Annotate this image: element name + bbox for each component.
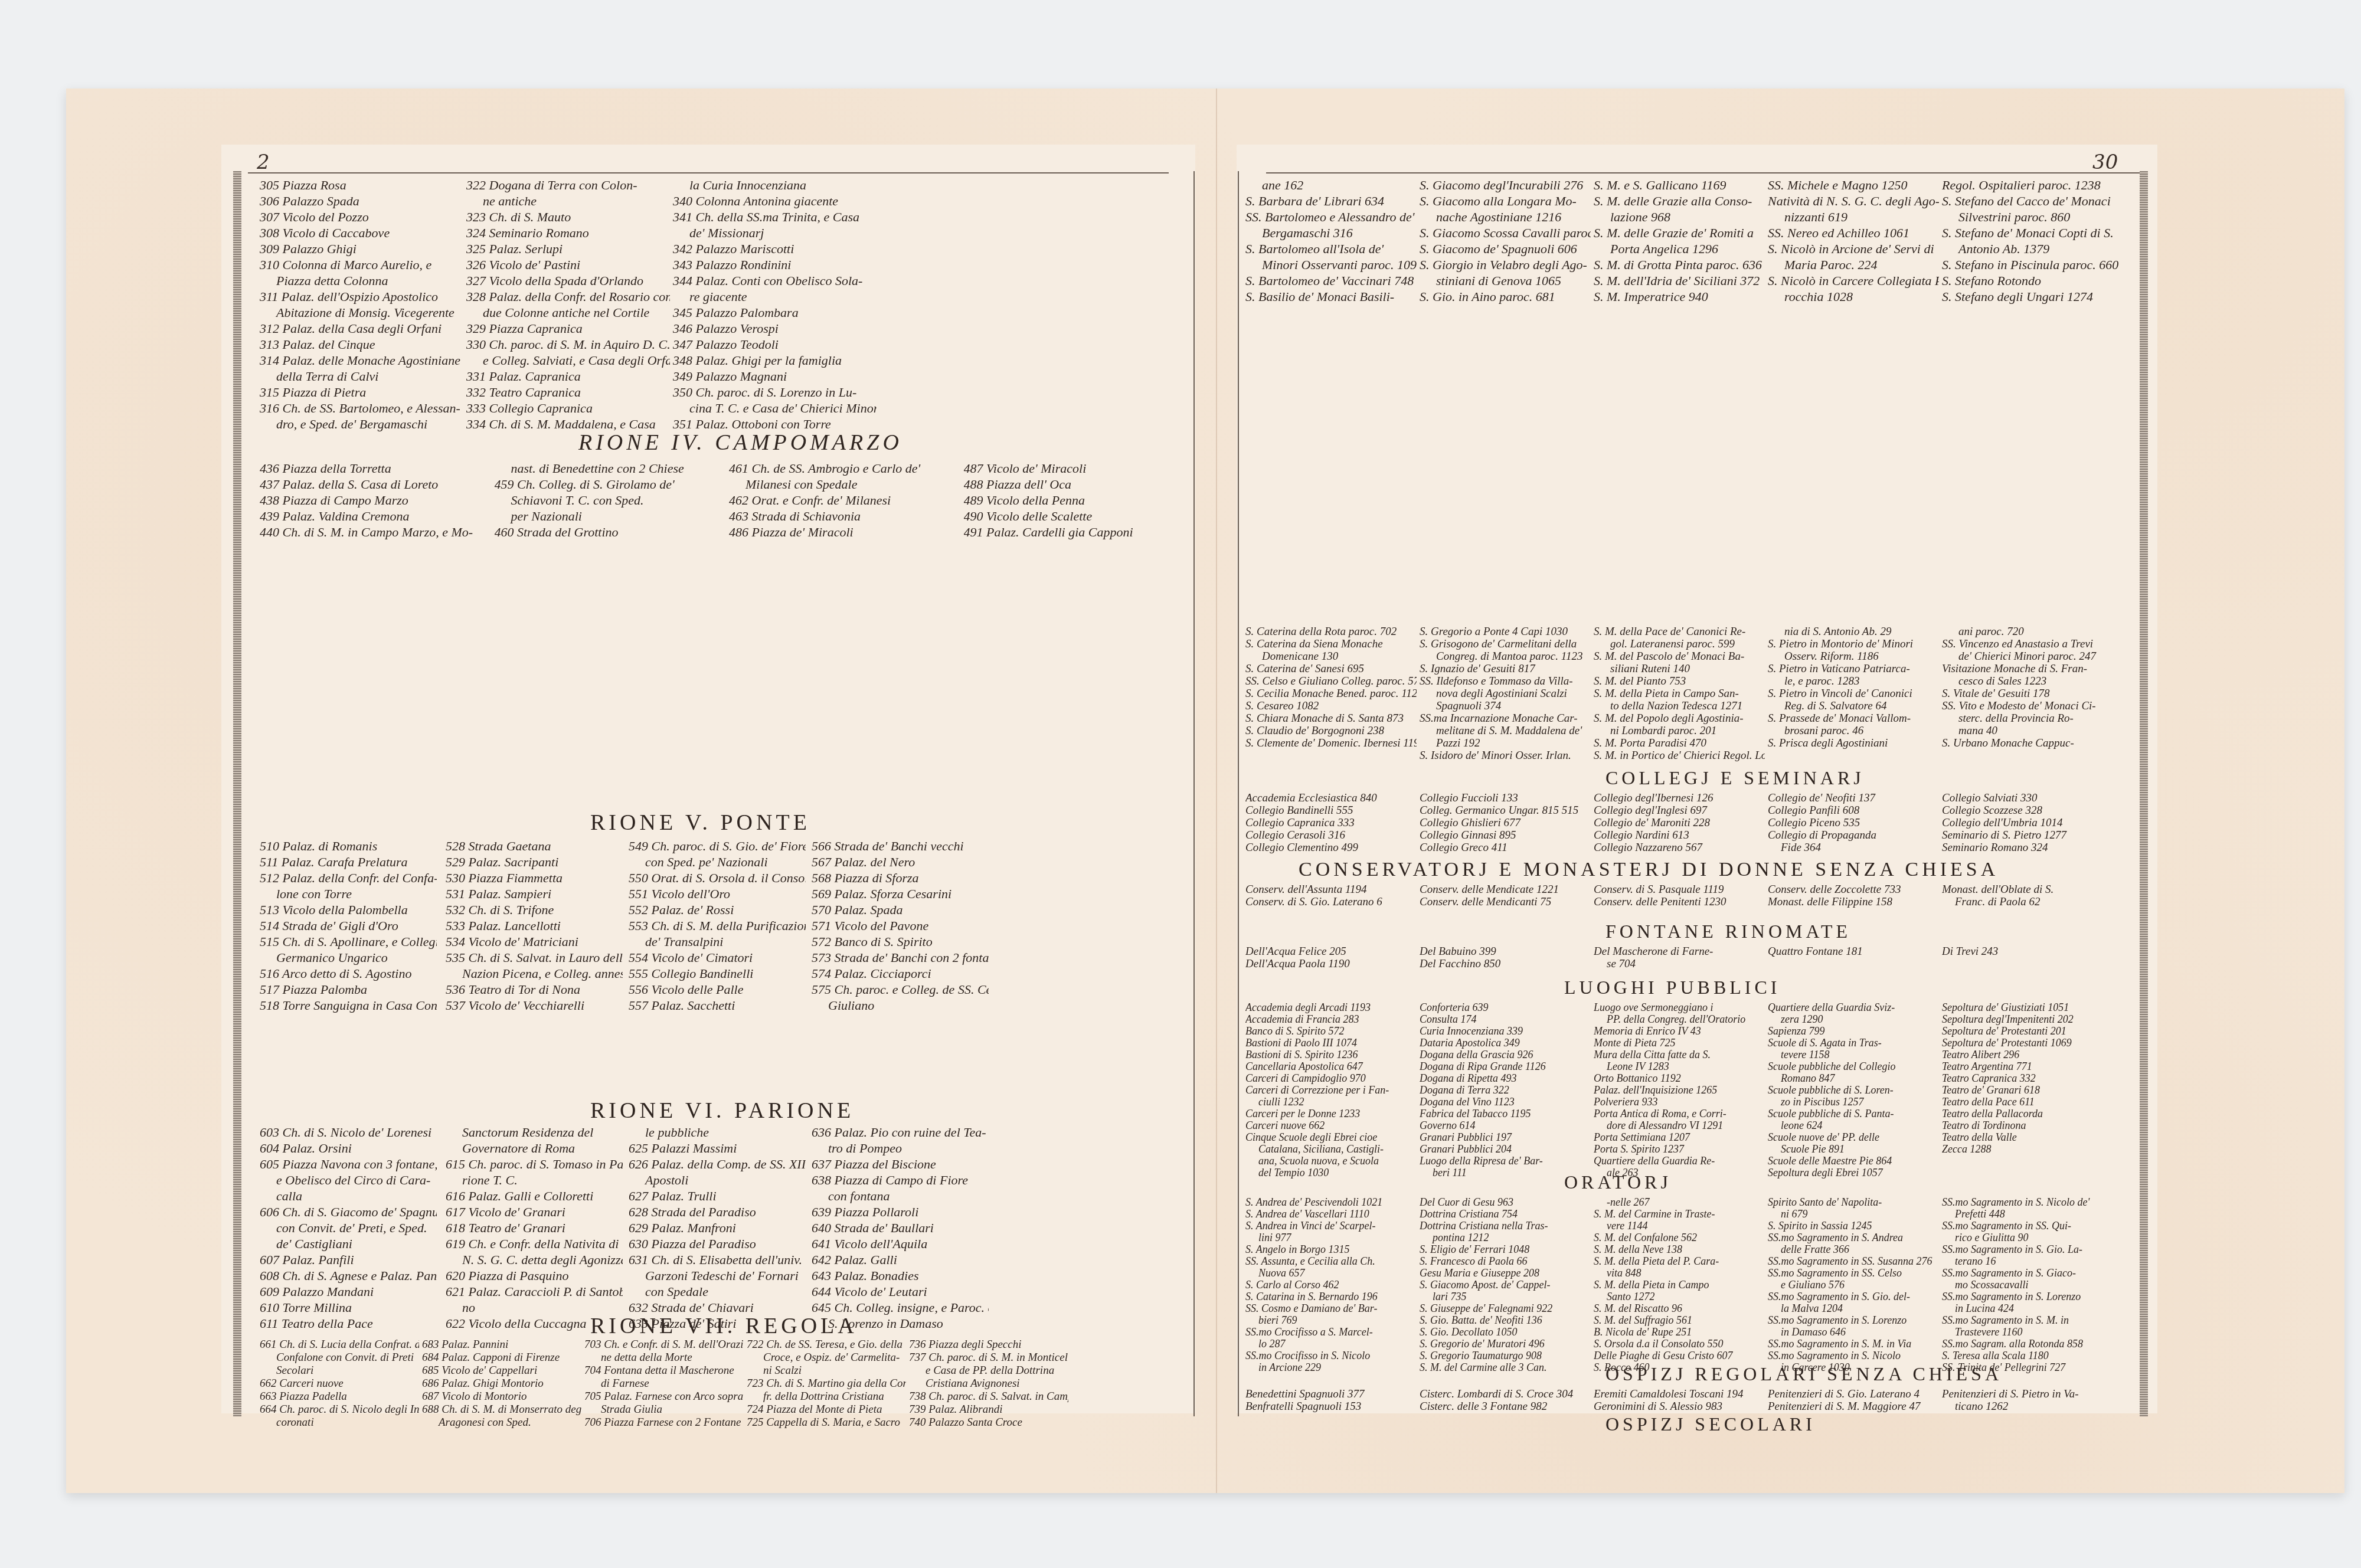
index-entry: Collegio di Propaganda <box>1768 829 1939 842</box>
index-entry: stiniani di Genova 1065 <box>1420 273 1591 289</box>
index-entry: 557 Palaz. Sacchetti <box>629 997 806 1013</box>
section-column: Accademia degli Arcadi 1193Accademia di … <box>1245 1001 1417 1179</box>
index-entry: S. Stefano Rotondo <box>1942 273 2119 289</box>
index-entry: 554 Vicolo de' Cimatori <box>629 950 806 965</box>
index-entry: calla <box>260 1188 437 1204</box>
index-entry: S. Basilio de' Monaci Basili- <box>1245 289 1417 305</box>
index-entry: 611 Teatro della Pace <box>260 1315 437 1331</box>
right-mid-column-5: ani paroc. 720SS. Vincenzo ed Anastasio … <box>1942 626 2119 749</box>
right-mid-column-4: nia di S. Antonio Ab. 29S. Pietro in Mon… <box>1768 626 1939 749</box>
index-entry: Trastevere 1160 <box>1942 1326 2113 1338</box>
index-entry: Garzoni Tedeschi de' Fornari <box>629 1268 806 1284</box>
index-entry: S. Gio. Batta. de' Neofiti 136 <box>1420 1314 1591 1326</box>
index-entry: 630 Piazza del Paradiso <box>629 1236 806 1252</box>
index-entry: terano 16 <box>1942 1255 2113 1267</box>
index-entry: Del Cuor di Gesu 963 <box>1420 1196 1591 1208</box>
index-entry: S. M. del Pascolo de' Monaci Ba- <box>1594 650 1765 663</box>
index-entry: S. Pietro in Montorio de' Minori <box>1768 638 1939 650</box>
right-top-column-1: ane 162S. Barbara de' Librari 634SS. Bar… <box>1245 177 1417 305</box>
index-entry: nova degli Agostiniani Scalzi <box>1420 688 1591 700</box>
index-entry: Sepoltura de' Giustiziati 1051 <box>1942 1001 2113 1013</box>
index-entry: 462 Orat. e Confr. de' Milanesi <box>729 492 946 508</box>
index-entry: Carceri di Campidoglio 970 <box>1245 1072 1417 1084</box>
index-entry: 491 Palaz. Cardelli gia Capponi <box>964 524 1181 540</box>
index-entry: Silvestrini paroc. 860 <box>1942 209 2119 225</box>
index-entry: S. Pietro in Vaticano Patriarca- <box>1768 663 1939 675</box>
index-entry: 535 Ch. di S. Salvat. in Lauro della <box>446 950 623 965</box>
section-column: Del Mascherone di Farne- se 704 <box>1594 945 1765 970</box>
index-entry: 551 Vicolo dell'Oro <box>629 886 806 902</box>
index-entry: 517 Piazza Palomba <box>260 981 437 997</box>
index-entry: 314 Palaz. delle Monache Agostiniane <box>260 352 460 368</box>
index-entry: le pubbliche <box>629 1124 806 1140</box>
index-entry: Nazion Picena, e Colleg. annesso <box>446 965 623 981</box>
left-page-number: 2 <box>257 150 270 174</box>
index-entry: lari 735 <box>1420 1291 1591 1302</box>
right-mid-column-1: S. Caterina della Rota paroc. 702S. Cate… <box>1245 626 1417 749</box>
index-entry: 662 Carceri nuove <box>260 1377 419 1390</box>
right-top-rule <box>1266 172 2140 174</box>
index-entry: Spagnuoli 374 <box>1420 700 1591 712</box>
index-entry: 685 Vicolo de' Cappellari <box>422 1364 581 1377</box>
index-entry: Penitenzieri di S. M. Maggiore 47 <box>1768 1400 1939 1413</box>
index-entry: Benfratelli Spagnuoli 153 <box>1245 1400 1417 1413</box>
index-entry: 703 Ch. e Confr. di S. M. dell'Orazio- <box>584 1338 744 1351</box>
index-entry: Quattro Fontane 181 <box>1768 945 1939 958</box>
index-entry: Sepoltura degl'Impenitenti 202 <box>1942 1013 2113 1025</box>
index-entry: S. Isidoro de' Minori Osser. Irlan. <box>1420 749 1591 762</box>
index-entry: Collegio Clementino 499 <box>1245 842 1417 854</box>
section-column: Cisterc. Lombardi di S. Croce 304Cisterc… <box>1420 1388 1591 1413</box>
index-entry: Seminario Romano 324 <box>1942 842 2113 854</box>
index-entry: 310 Colonna di Marco Aurelio, e <box>260 257 460 273</box>
index-entry: Dogana di Terra 322 <box>1420 1084 1591 1096</box>
index-entry: 531 Palaz. Sampieri <box>446 886 623 902</box>
index-entry: Collegio Panfili 608 <box>1768 804 1939 817</box>
index-entry: ticano 1262 <box>1942 1400 2113 1413</box>
index-entry: cesco di Sales 1223 <box>1942 675 2119 688</box>
rione-v-column-1: 510 Palaz. di Romanis511 Palaz. Carafa P… <box>260 838 437 1013</box>
section-heading: COLLEGJ E SEMINARJ <box>1605 767 1865 789</box>
section-heading: FONTANE RINOMATE <box>1605 921 1851 942</box>
index-entry: S. Grisogono de' Carmelitani della <box>1420 638 1591 650</box>
index-entry: 739 Palaz. Alibrandi <box>909 1403 1068 1416</box>
index-entry: S. Chiara Monache di S. Santa 873 <box>1245 712 1417 725</box>
index-entry: rione T. C. <box>446 1172 623 1188</box>
index-entry: Collegio degl'Inglesi 697 <box>1594 804 1765 817</box>
section-column: Quartiere della Guardia Sviz- zera 1290S… <box>1768 1001 1939 1179</box>
index-entry: 627 Palaz. Trulli <box>629 1188 806 1204</box>
index-entry: Dogana di Ripetta 493 <box>1420 1072 1591 1084</box>
index-entry: la Malva 1204 <box>1768 1302 1939 1314</box>
index-entry: 615 Ch. paroc. di S. Tomaso in Pa- <box>446 1156 623 1172</box>
index-entry: Luogo della Ripresa de' Bar- <box>1420 1155 1591 1167</box>
index-entry: SS. Michele e Magno 1250 <box>1768 177 1939 193</box>
index-entry: re giacente <box>673 289 877 305</box>
index-entry: 308 Vicolo di Caccabove <box>260 225 460 241</box>
section-column: Eremiti Camaldolesi Toscani 194Geronimin… <box>1594 1388 1765 1413</box>
center-fold <box>1216 89 1217 1493</box>
index-entry: S. Andrea de' Pescivendoli 1021 <box>1245 1196 1417 1208</box>
index-entry: S. M. Imperatrice 940 <box>1594 289 1765 305</box>
index-entry: Conserv. delle Penitenti 1230 <box>1594 896 1765 908</box>
index-entry: SS. Ildefonso e Tommaso da Villa- <box>1420 675 1591 688</box>
index-entry: Dogana della Grascia 926 <box>1420 1049 1591 1060</box>
index-entry: S. Eligio de' Ferrari 1048 <box>1420 1243 1591 1255</box>
index-entry: 348 Palaz. Ghigi per la famiglia <box>673 352 877 368</box>
index-entry: Scuole pubbliche del Collegio <box>1768 1060 1939 1072</box>
index-entry: 605 Piazza Navona con 3 fontane, <box>260 1156 437 1172</box>
index-entry: Zecca 1288 <box>1942 1143 2113 1155</box>
index-entry: Collegio dell'Umbria 1014 <box>1942 817 2113 829</box>
index-entry: Leone IV 1283 <box>1594 1060 1765 1072</box>
index-entry: Teatro Alibert 296 <box>1942 1049 2113 1060</box>
index-entry: S. M. dell'Idria de' Siciliani 372 <box>1594 273 1765 289</box>
index-entry: S. Barbara de' Librari 634 <box>1245 193 1417 209</box>
index-entry: S. M. in Portico de' Chierici Regol. Lom… <box>1594 749 1765 762</box>
index-entry: siliani Ruteni 140 <box>1594 663 1765 675</box>
index-entry: 569 Palaz. Sforza Cesarini <box>812 886 989 902</box>
index-entry: 347 Palazzo Teodoli <box>673 336 877 352</box>
index-entry: Milanesi con Spedale <box>729 476 946 492</box>
index-entry: pontina 1212 <box>1420 1232 1591 1243</box>
index-entry: Cisterc. Lombardi di S. Croce 304 <box>1420 1388 1591 1400</box>
index-entry: nizzanti 619 <box>1768 209 1939 225</box>
index-entry: Franc. di Paola 62 <box>1942 896 2113 908</box>
index-entry: S. Caterina da Siena Monache <box>1245 638 1417 650</box>
index-entry: 438 Piazza di Campo Marzo <box>260 492 477 508</box>
index-entry: SS.mo Sagramento in S. Giaco- <box>1942 1267 2113 1279</box>
index-entry: SS.mo Crocifisso in S. Nicolo <box>1245 1350 1417 1361</box>
index-entry: 637 Piazza del Biscione <box>812 1156 989 1172</box>
index-entry: con Spedale <box>629 1284 806 1299</box>
index-entry: 536 Teatro di Tor di Nona <box>446 981 623 997</box>
index-entry: Collegio Ghislieri 677 <box>1420 817 1591 829</box>
index-entry: S. Bartolomeo de' Vaccinari 748 <box>1245 273 1417 289</box>
index-entry: 340 Colonna Antonina giacente <box>673 193 877 209</box>
index-entry: S. Prassede de' Monaci Vallom- <box>1768 712 1939 725</box>
index-entry: SS.mo Sagramento in S. Gio. La- <box>1942 1243 2113 1255</box>
index-entry: 530 Piazza Fiammetta <box>446 870 623 886</box>
index-entry: cina T. C. e Casa de' Chierici Minori <box>673 400 877 416</box>
index-entry: 316 Ch. de SS. Bartolomeo, e Alessan- <box>260 400 460 416</box>
index-entry: S. M. della Neve 138 <box>1594 1243 1765 1255</box>
index-entry: 567 Palaz. del Nero <box>812 854 989 870</box>
index-entry: 664 Ch. paroc. di S. Nicolo degli In- <box>260 1403 419 1416</box>
index-entry: Scuole Pie 891 <box>1768 1143 1939 1155</box>
index-entry: S. Ignazio de' Gesuiti 817 <box>1420 663 1591 675</box>
index-entry: 490 Vicolo delle Scalette <box>964 508 1181 524</box>
index-entry: 514 Strada de' Gigli d'Oro <box>260 918 437 934</box>
index-entry: S. Spirito in Sassia 1245 <box>1768 1220 1939 1232</box>
index-entry: Collegio Piceno 535 <box>1768 817 1939 829</box>
index-entry: 644 Vicolo de' Leutari <box>812 1284 989 1299</box>
index-entry: 511 Palaz. Carafa Prelatura <box>260 854 437 870</box>
index-entry: 684 Palaz. Capponi di Firenze <box>422 1351 581 1364</box>
index-entry: 305 Piazza Rosa <box>260 177 460 193</box>
index-entry: S. Giacomo alla Longara Mo- <box>1420 193 1591 209</box>
index-entry: Collegio Greco 411 <box>1420 842 1591 854</box>
index-entry: melitane di S. M. Maddalena de' <box>1420 725 1591 737</box>
index-entry: Governatore di Roma <box>446 1140 623 1156</box>
index-entry: le, e paroc. 1283 <box>1768 675 1939 688</box>
index-entry: S. M. delle Grazie de' Romiti a <box>1594 225 1765 241</box>
index-entry: Piazza detta Colonna <box>260 273 460 289</box>
index-entry: 489 Vicolo della Penna <box>964 492 1181 508</box>
rione-vi-column-3: le pubbliche625 Palazzi Massimi626 Palaz… <box>629 1124 806 1331</box>
index-entry: brosani paroc. 46 <box>1768 725 1939 737</box>
index-entry: Dell'Acqua Felice 205 <box>1245 945 1417 958</box>
index-entry: Accademia degli Arcadi 1193 <box>1245 1001 1417 1013</box>
index-entry: Dottrina Cristiana nella Tras- <box>1420 1220 1591 1232</box>
section-column: Sepoltura de' Giustiziati 1051Sepoltura … <box>1942 1001 2113 1155</box>
index-entry: 642 Palaz. Galli <box>812 1252 989 1268</box>
index-entry: S. Carlo al Corso 462 <box>1245 1279 1417 1291</box>
index-entry: Scuole di S. Agata in Tras- <box>1768 1037 1939 1049</box>
index-entry: 686 Palaz. Ghigi Montorio <box>422 1377 581 1390</box>
index-entry: Germanico Ungarico <box>260 950 437 965</box>
index-entry: Carceri nuove 662 <box>1245 1119 1417 1131</box>
index-entry: Sapienza 799 <box>1768 1025 1939 1037</box>
index-entry: 333 Collegio Capranica <box>466 400 670 416</box>
index-entry: Del Facchino 850 <box>1420 958 1591 970</box>
index-entry: Maria Paroc. 224 <box>1768 257 1939 273</box>
index-entry: Porta S. Spirito 1237 <box>1594 1143 1765 1155</box>
index-entry: S. Stefano degli Ungari 1274 <box>1942 289 2119 305</box>
index-entry: Teatro della Valle <box>1942 1131 2113 1143</box>
index-entry: SS. Cosmo e Damiano de' Bar- <box>1245 1302 1417 1314</box>
index-entry: leone 624 <box>1768 1119 1939 1131</box>
rione-vii-column-4: 722 Ch. de SS. Teresa, e Gio. della Croc… <box>747 1338 906 1429</box>
index-entry: 342 Palazzo Mariscotti <box>673 241 877 257</box>
index-entry: 486 Piazza de' Miracoli <box>729 524 946 540</box>
index-entry: PP. della Congreg. dell'Oratorio <box>1594 1013 1765 1025</box>
index-entry: S. Clemente de' Domenic. Ibernesi 1190 <box>1245 737 1417 749</box>
index-entry: SS.mo Sagramento in SS. Celso <box>1768 1267 1939 1279</box>
index-entry: Curia Innocenziana 339 <box>1420 1025 1591 1037</box>
index-entry: S. M. della Pieta del P. Cara- <box>1594 1255 1765 1267</box>
index-entry: Penitenzieri di S. Pietro in Va- <box>1942 1388 2113 1400</box>
index-entry: S. Giacomo degl'Incurabili 276 <box>1420 177 1591 193</box>
index-entry: Penitenzieri di S. Gio. Laterano 4 <box>1768 1388 1939 1400</box>
index-entry: 570 Palaz. Spada <box>812 902 989 918</box>
index-entry: lo 287 <box>1245 1338 1417 1350</box>
index-entry: 604 Palaz. Orsini <box>260 1140 437 1156</box>
index-entry: B. Nicola de' Rupe 251 <box>1594 1326 1765 1338</box>
index-entry: 661 Ch. di S. Lucia della Confrat. del <box>260 1338 419 1351</box>
index-entry: 574 Palaz. Cicciaporci <box>812 965 989 981</box>
index-entry: Collegio Nazzareno 567 <box>1594 842 1765 854</box>
index-entry: 344 Palaz. Conti con Obelisco Sola- <box>673 273 877 289</box>
index-entry: 459 Ch. Colleg. di S. Girolamo de' <box>495 476 712 492</box>
index-entry: Confalone con Convit. di Preti <box>260 1351 419 1364</box>
section-column: Accademia Ecclesiastica 840Collegio Band… <box>1245 792 1417 854</box>
index-entry: S. Andrea in Vinci de' Scarpel- <box>1245 1220 1417 1232</box>
index-entry: Collegio Ginnasi 895 <box>1420 829 1591 842</box>
index-entry: ani paroc. 720 <box>1942 626 2119 638</box>
index-entry: S. Bartolomeo all'Isola de' <box>1245 241 1417 257</box>
section-column: Quattro Fontane 181 <box>1768 945 1939 958</box>
index-entry: S. Gio. in Aino paroc. 681 <box>1420 289 1591 305</box>
section-heading: LUOGHI PUBBLICI <box>1564 977 1780 999</box>
index-entry: SS.mo Sagramento in S. Lorenzo <box>1768 1314 1939 1326</box>
index-entry: Sepoltura de' Protestanti 1069 <box>1942 1037 2113 1049</box>
index-entry: Teatro de' Granari 618 <box>1942 1084 2113 1096</box>
index-entry: SS. Bartolomeo e Alessandro de' <box>1245 209 1417 225</box>
index-entry: 568 Piazza di Sforza <box>812 870 989 886</box>
index-entry: Consulta 174 <box>1420 1013 1591 1025</box>
section-column: SS.mo Sagramento in S. Nicolo de' Prefet… <box>1942 1196 2113 1373</box>
right-top-column-3: S. M. e S. Gallicano 1169S. M. delle Gra… <box>1594 177 1765 305</box>
index-entry: Nuova 657 <box>1245 1267 1417 1279</box>
index-entry: Fabrica del Tabacco 1195 <box>1420 1108 1591 1119</box>
index-entry: S. Gregorio Taumaturgo 908 <box>1420 1350 1591 1361</box>
index-entry: e Obelisco del Circo di Cara- <box>260 1172 437 1188</box>
index-entry: 566 Strada de' Banchi vecchi <box>812 838 989 854</box>
index-entry: S. M. del Pianto 753 <box>1594 675 1765 688</box>
index-entry: 518 Torre Sanguigna in Casa Conti <box>260 997 437 1013</box>
index-entry: Apostoli <box>629 1172 806 1188</box>
index-entry: 722 Ch. de SS. Teresa, e Gio. della <box>747 1338 906 1351</box>
index-entry: 553 Ch. di S. M. della Purificazione <box>629 918 806 934</box>
index-entry: ciulli 1232 <box>1245 1096 1417 1108</box>
index-entry: 537 Vicolo de' Vecchiarelli <box>446 997 623 1013</box>
index-entry: Romano 847 <box>1768 1072 1939 1084</box>
index-entry: Collegio Bandinelli 555 <box>1245 804 1417 817</box>
index-entry: SS.ma Incarnazione Monache Car- <box>1420 712 1591 725</box>
index-entry: 487 Vicolo de' Miracoli <box>964 460 1181 476</box>
index-entry: nache Agostiniane 1216 <box>1420 209 1591 225</box>
index-entry: SS. Nereo ed Achilleo 1061 <box>1768 225 1939 241</box>
section-column: Del Babuino 399Del Facchino 850 <box>1420 945 1591 970</box>
index-entry: S. Orsola d.a il Consolato 550 <box>1594 1338 1765 1350</box>
index-entry: 643 Palaz. Bonadies <box>812 1268 989 1284</box>
index-entry: bieri 769 <box>1245 1314 1417 1326</box>
index-entry: Aragonesi con Sped. <box>422 1416 581 1429</box>
index-entry: vita 848 <box>1594 1267 1765 1279</box>
rione-v-column-3: 549 Ch. paroc. di S. Gio. de' Fiorentini… <box>629 838 806 1013</box>
index-entry: 488 Piazza dell' Oca <box>964 476 1181 492</box>
index-entry: 639 Piazza Pollaroli <box>812 1204 989 1220</box>
index-entry: 552 Palaz. de' Rossi <box>629 902 806 918</box>
index-entry: 436 Piazza della Torretta <box>260 460 477 476</box>
index-entry: 736 Piazza degli Specchi <box>909 1338 1068 1351</box>
index-entry: lone con Torre <box>260 886 437 902</box>
section-column: Penitenzieri di S. Pietro in Va- ticano … <box>1942 1388 2113 1413</box>
index-entry: S. M. della Pieta in Campo <box>1594 1279 1765 1291</box>
section-column: Di Trevi 243 <box>1942 945 2113 958</box>
index-entry: Scuole pubbliche di S. Panta- <box>1768 1108 1939 1119</box>
index-entry: 555 Collegio Bandinelli <box>629 965 806 981</box>
index-entry: 439 Palaz. Valdina Cremona <box>260 508 477 524</box>
index-entry: 528 Strada Gaetana <box>446 838 623 854</box>
rione-vii-column-5: 736 Piazza degli Specchi737 Ch. paroc. d… <box>909 1338 1068 1429</box>
index-entry: nia di S. Antonio Ab. 29 <box>1768 626 1939 638</box>
index-entry: 307 Vicolo del Pozzo <box>260 209 460 225</box>
index-entry: 349 Palazzo Magnani <box>673 368 877 384</box>
left-top-column-3: la Curia Innocenziana340 Colonna Antonin… <box>673 177 877 432</box>
index-entry: Cristiana Avignonesi <box>909 1377 1068 1390</box>
index-entry: S. Giuseppe de' Falegnami 922 <box>1420 1302 1591 1314</box>
index-entry: 618 Teatro de' Granari <box>446 1220 623 1236</box>
index-entry: SS. Assunta, e Cecilia alla Ch. <box>1245 1255 1417 1267</box>
index-entry: Dataria Apostolica 349 <box>1420 1037 1591 1049</box>
index-entry: 608 Ch. di S. Agnese e Palaz. Panfili <box>260 1268 437 1284</box>
index-entry: con Sped. pe' Nazionali <box>629 854 806 870</box>
index-entry: S. Nicolò in Carcere Collegiata Pa- <box>1768 273 1939 289</box>
rione-vii-column-3: 703 Ch. e Confr. di S. M. dell'Orazio- n… <box>584 1338 744 1429</box>
section-column: Collegio de' Neofiti 137Collegio Panfili… <box>1768 792 1939 854</box>
index-entry: Collegio Scozzese 328 <box>1942 804 2113 817</box>
index-entry: 529 Palaz. Sacripanti <box>446 854 623 870</box>
index-entry: 510 Palaz. di Romanis <box>260 838 437 854</box>
index-entry: Prefetti 448 <box>1942 1208 2113 1220</box>
index-entry: 663 Piazza Padella <box>260 1390 419 1403</box>
index-entry: rocchia 1028 <box>1768 289 1939 305</box>
index-entry: S. M. di Grotta Pinta paroc. 636 <box>1594 257 1765 273</box>
index-entry: 606 Ch. di S. Giacomo de' Spagnuoli <box>260 1204 437 1220</box>
index-entry: nast. di Benedettine con 2 Chiese <box>495 460 712 476</box>
index-entry: S. Giacomo Apost. de' Cappel- <box>1420 1279 1591 1291</box>
index-entry: Governo 614 <box>1420 1119 1591 1131</box>
index-entry: Scuole pubbliche di S. Loren- <box>1768 1084 1939 1096</box>
index-entry: 461 Ch. de SS. Ambrogio e Carlo de' <box>729 460 946 476</box>
index-entry: Visitazione Monache di S. Fran- <box>1942 663 2119 675</box>
index-entry: 330 Ch. paroc. di S. M. in Aquiro D. C. <box>466 336 670 352</box>
index-entry: Bergamaschi 316 <box>1245 225 1417 241</box>
index-entry: Teatro di Tordinona <box>1942 1119 2113 1131</box>
index-entry: 437 Palaz. della S. Casa di Loreto <box>260 476 477 492</box>
index-entry: in Lucina 424 <box>1942 1302 2113 1314</box>
index-entry: S. M. del Carmine in Traste- <box>1594 1208 1765 1220</box>
section-heading: ORATORJ <box>1564 1171 1672 1193</box>
index-entry: S. Gregorio a Ponte 4 Capi 1030 <box>1420 626 1591 638</box>
section-heading: OSPIZJ REGOLARI SENZA CHIESA <box>1605 1363 2002 1385</box>
index-entry: Accademia Ecclesiastica 840 <box>1245 792 1417 804</box>
index-entry: del Tempio 1030 <box>1245 1167 1417 1179</box>
index-entry: con Convit. de' Preti, e Sped. <box>260 1220 437 1236</box>
index-entry: 516 Arco detto di S. Agostino <box>260 965 437 981</box>
index-entry: Conforteria 639 <box>1420 1001 1591 1013</box>
index-entry: S. M. Porta Paradisi 470 <box>1594 737 1765 749</box>
index-entry: S. Cecilia Monache Bened. paroc. 1121 <box>1245 688 1417 700</box>
index-entry: gol. Lateranensi paroc. 599 <box>1594 638 1765 650</box>
right-ruled-border <box>2140 171 2148 1416</box>
index-entry: S. Catarina in S. Bernardo 196 <box>1245 1291 1417 1302</box>
index-entry: SS.mo Sagramento in S. Gio. del- <box>1768 1291 1939 1302</box>
index-entry: Mura della Citta fatte da S. <box>1594 1049 1765 1060</box>
index-entry: e Giuliano 576 <box>1768 1279 1939 1291</box>
index-entry: Conserv. delle Mendicate 1221 <box>1420 883 1591 896</box>
index-entry: 533 Palaz. Lancellotti <box>446 918 623 934</box>
index-entry: 512 Palaz. della Confr. del Confa- <box>260 870 437 886</box>
section-column: Luogo ove Sermoneggiano i PP. della Cong… <box>1594 1001 1765 1179</box>
index-entry: S. M. delle Grazie alla Conso- <box>1594 193 1765 209</box>
index-entry: S. Pietro in Vincoli de' Canonici <box>1768 688 1939 700</box>
index-entry: SS. Vincenzo ed Anastasio a Trevi <box>1942 638 2119 650</box>
index-entry: Del Babuino 399 <box>1420 945 1591 958</box>
index-entry: e Casa de PP. della Dottrina <box>909 1364 1068 1377</box>
index-entry: Reg. di S. Salvatore 64 <box>1768 700 1939 712</box>
index-entry: 641 Vicolo dell'Aquila <box>812 1236 989 1252</box>
index-entry: Cancellaria Apostolica 647 <box>1245 1060 1417 1072</box>
index-entry: Geronimini di S. Alessio 983 <box>1594 1400 1765 1413</box>
section-column: Penitenzieri di S. Gio. Laterano 4Penite… <box>1768 1388 1939 1413</box>
rione-vi-column-1: 603 Ch. di S. Nicolo de' Lorenesi604 Pal… <box>260 1124 437 1331</box>
index-entry: S. Francesco di Paola 66 <box>1420 1255 1591 1267</box>
index-entry: Colleg. Germanico Ungar. 815 515 <box>1420 804 1591 817</box>
index-entry: 313 Palaz. del Cinque <box>260 336 460 352</box>
